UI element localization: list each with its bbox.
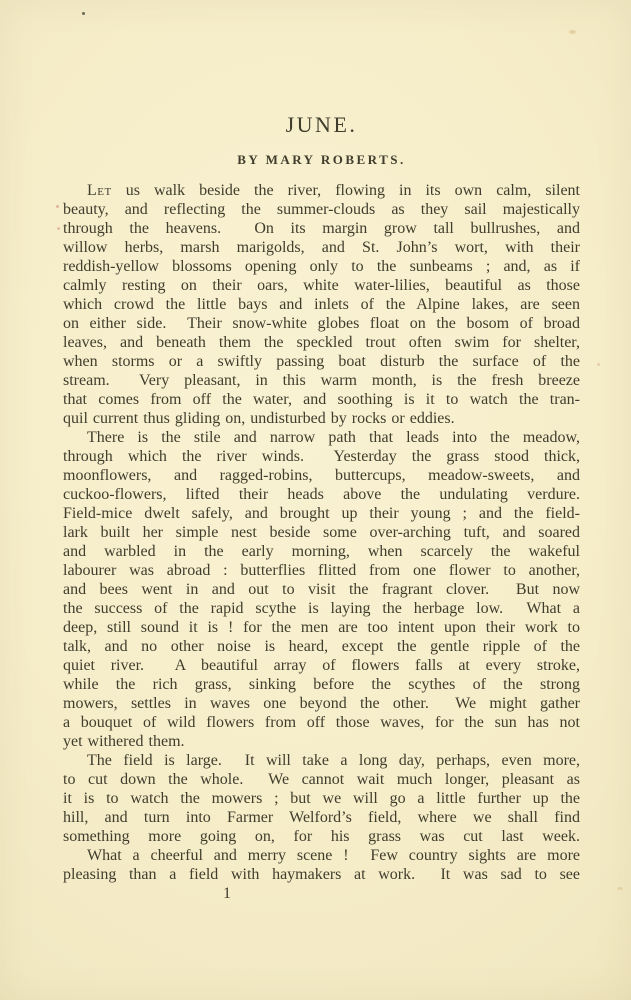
text-line: willow herbs, marsh marigolds, and St. J… (63, 238, 580, 257)
text-line: to cut down the whole. We cannot wait mu… (63, 770, 580, 789)
text-line: The field is large. It will take a long … (63, 751, 580, 770)
text-line: leaves, and beneath them the speckled tr… (63, 333, 580, 352)
text-line: that comes from off the water, and sooth… (63, 390, 580, 409)
text-line: which crowd the little bays and inlets o… (63, 295, 580, 314)
text-line: moonflowers, and ragged-robins, buttercu… (63, 466, 580, 485)
text-line: the success of the rapid scythe is layin… (63, 599, 580, 618)
byline: BY MARY ROBERTS. (63, 152, 580, 168)
text-line: while the rich grass, sinking before the… (63, 675, 580, 694)
paragraph: What a cheerful and merry scene ! Few co… (63, 846, 580, 884)
paper-speck (82, 12, 85, 15)
text-line: pleasing than a field with haymakers at … (63, 865, 580, 884)
page-number: 1 (63, 884, 580, 903)
text-line: a bouquet of wild flowers from off those… (63, 713, 580, 732)
text-line: beauty, and reflecting the summer-clouds… (63, 200, 580, 219)
text-line: lark built her simple nest beside some o… (63, 523, 580, 542)
paper-speck (569, 30, 576, 34)
text-line: yet withered them. (63, 732, 580, 751)
text-line: stream. Very pleasant, in this warm mont… (63, 371, 580, 390)
text-line: when storms or a swiftly passing boat di… (63, 352, 580, 371)
text-line: hill, and turn into Farmer Welford’s fie… (63, 808, 580, 827)
lead-word: Let (87, 182, 112, 199)
text-line: through the heavens. On its margin grow … (63, 219, 580, 238)
paragraphs: Let us walk beside the river, flowing in… (63, 181, 580, 884)
article-body: Let us walk beside the river, flowing in… (63, 181, 580, 903)
text-line: quiet river. A beautiful array of flower… (63, 656, 580, 675)
paragraph: There is the stile and narrow path that … (63, 428, 580, 751)
text-line: quil current thus gliding on, undisturbe… (63, 409, 580, 428)
paragraph: Let us walk beside the river, flowing in… (63, 181, 580, 428)
text-line: talk, and no other noise is heard, excep… (63, 637, 580, 656)
text-line: and bees went in and out to visit the fr… (63, 580, 580, 599)
paper-speck (597, 363, 600, 366)
text-line: deep, still sound it is ! for the men ar… (63, 618, 580, 637)
paragraph: The field is large. It will take a long … (63, 751, 580, 846)
text-line: There is the stile and narrow path that … (63, 428, 580, 447)
paper-speck (617, 887, 623, 890)
text-line: Field-mice dwelt safely, and brought up … (63, 504, 580, 523)
paper-speck (56, 205, 59, 208)
text-line: What a cheerful and merry scene ! Few co… (63, 846, 580, 865)
text-line: through which the river winds. Yesterday… (63, 447, 580, 466)
text-line: and warbled in the early morning, when s… (63, 542, 580, 561)
text-line: reddish-yellow blossoms opening only to … (63, 257, 580, 276)
text-line: labourer was abroad : butterflies flitte… (63, 561, 580, 580)
text-line: on either side. Their snow-white globes … (63, 314, 580, 333)
paper-speck (57, 227, 60, 230)
text-line: mowers, settles in waves one beyond the … (63, 694, 580, 713)
chapter-title: JUNE. (63, 112, 580, 138)
text-line: calmly resting on their oars, white wate… (63, 276, 580, 295)
text-line: something more going on, for his grass w… (63, 827, 580, 846)
book-page: JUNE. BY MARY ROBERTS. Let us walk besid… (0, 0, 631, 1000)
text-line: it is to watch the mowers ; but we will … (63, 789, 580, 808)
text-line: Let us walk beside the river, flowing in… (63, 181, 580, 200)
text-line: cuckoo-flowers, lifted their heads above… (63, 485, 580, 504)
